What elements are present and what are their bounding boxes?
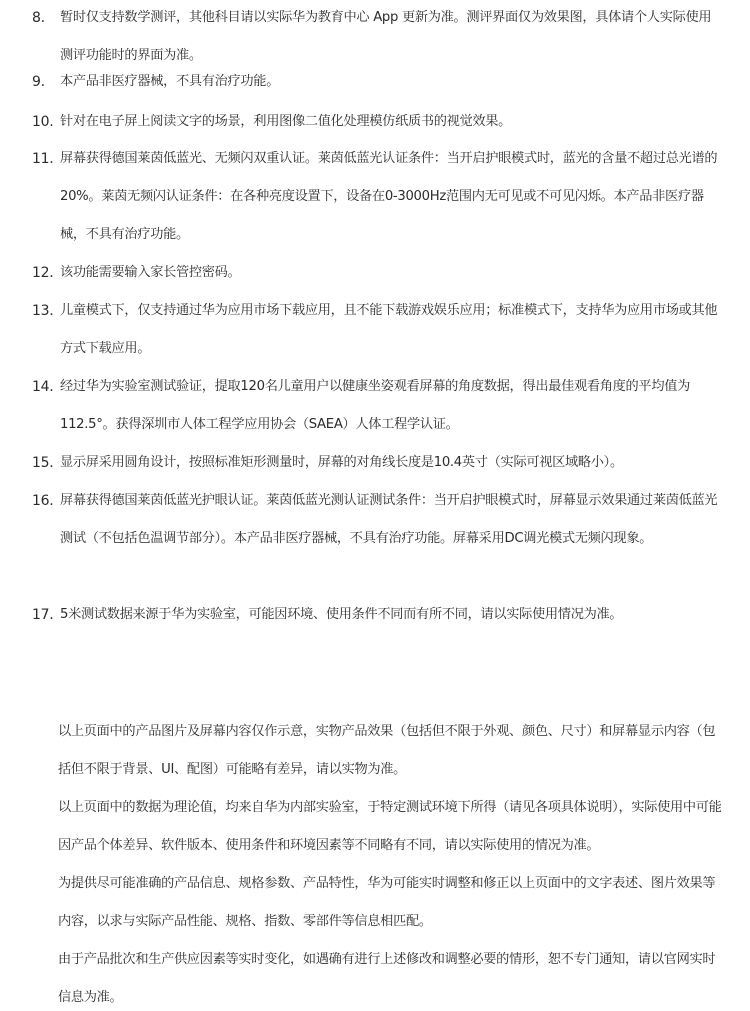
footnote-number: 8. [32, 0, 60, 37]
footnote-text: 屏幕获得德国莱茵低蓝光、无频闪双重认证。莱茵低蓝光认证条件：当开启护眼模式时，蓝… [60, 140, 720, 254]
footnote-number: 9. [32, 63, 60, 101]
footnote-16: 16. 屏幕获得德国莱茵低蓝光护眼认证。莱茵低蓝光测认证测试条件：当开启护眼模式… [32, 482, 722, 558]
footnote-number: 12. [32, 254, 60, 292]
footnote-number: 10. [32, 103, 60, 141]
footnote-number: 13. [32, 292, 60, 330]
footnote-number: 17. [32, 596, 60, 634]
footnote-text: 儿童模式下，仅支持通过华为应用市场下载应用，且不能下载游戏娱乐应用；标准模式下，… [60, 292, 720, 368]
footnote-text: 本产品非医疗器械，不具有治疗功能。 [60, 63, 720, 101]
footnote-text: 该功能需要输入家长管控密码。 [60, 254, 720, 292]
disclaimer-lab-data: 以上页面中的数据为理论值，均来自华为内部实验室，于特定测试环境下所得（请见各项具… [58, 789, 723, 865]
footnote-14: 14. 经过华为实验室测试验证，提取120名儿童用户以健康坐姿观看屏幕的角度数据… [32, 368, 722, 444]
footnote-number: 16. [32, 482, 60, 520]
footnote-text: 针对在电子屏上阅读文字的场景，利用图像二值化处理模仿纸质书的视觉效果。 [60, 103, 720, 141]
footnote-text: 显示屏采用圆角设计，按照标准矩形测量时，屏幕的对角线长度是10.4英寸（实际可视… [60, 444, 720, 482]
footnote-11: 11. 屏幕获得德国莱茵低蓝光、无频闪双重认证。莱茵低蓝光认证条件：当开启护眼模… [32, 140, 722, 254]
footnote-text: 5米测试数据来源于华为实验室，可能因环境、使用条件不同而有所不同，请以实际使用情… [60, 596, 720, 634]
footnote-9: 9. 本产品非医疗器械，不具有治疗功能。 [32, 63, 722, 101]
footnote-15: 15. 显示屏采用圆角设计，按照标准矩形测量时，屏幕的对角线长度是10.4英寸（… [32, 444, 722, 482]
footnote-17: 17. 5米测试数据来源于华为实验室，可能因环境、使用条件不同而有所不同，请以实… [32, 596, 722, 634]
disclaimer-content-adjustment: 为提供尽可能准确的产品信息、规格参数、产品特性，华为可能实时调整和修正以上页面中… [58, 865, 723, 941]
footnote-10: 10. 针对在电子屏上阅读文字的场景，利用图像二值化处理模仿纸质书的视觉效果。 [32, 103, 722, 141]
footnote-number: 15. [32, 444, 60, 482]
footnote-number: 11. [32, 140, 60, 178]
disclaimer-product-images: 以上页面中的产品图片及屏幕内容仅作示意，实物产品效果（包括但不限于外观、颜色、尺… [58, 713, 723, 789]
footnote-text: 经过华为实验室测试验证，提取120名儿童用户以健康坐姿观看屏幕的角度数据，得出最… [60, 368, 720, 444]
footnote-number: 14. [32, 368, 60, 406]
footnote-text: 屏幕获得德国莱茵低蓝光护眼认证。莱茵低蓝光测认证测试条件：当开启护眼模式时，屏幕… [60, 482, 720, 558]
disclaimer-section: 以上页面中的产品图片及屏幕内容仅作示意，实物产品效果（包括但不限于外观、颜色、尺… [58, 713, 723, 1011]
footnote-12: 12. 该功能需要输入家长管控密码。 [32, 254, 722, 292]
disclaimer-batch-changes: 由于产品批次和生产供应因素等实时变化，如遇确有进行上述修改和调整必要的情形，恕不… [58, 941, 723, 1011]
footnote-13: 13. 儿童模式下，仅支持通过华为应用市场下载应用，且不能下载游戏娱乐应用；标准… [32, 292, 722, 368]
